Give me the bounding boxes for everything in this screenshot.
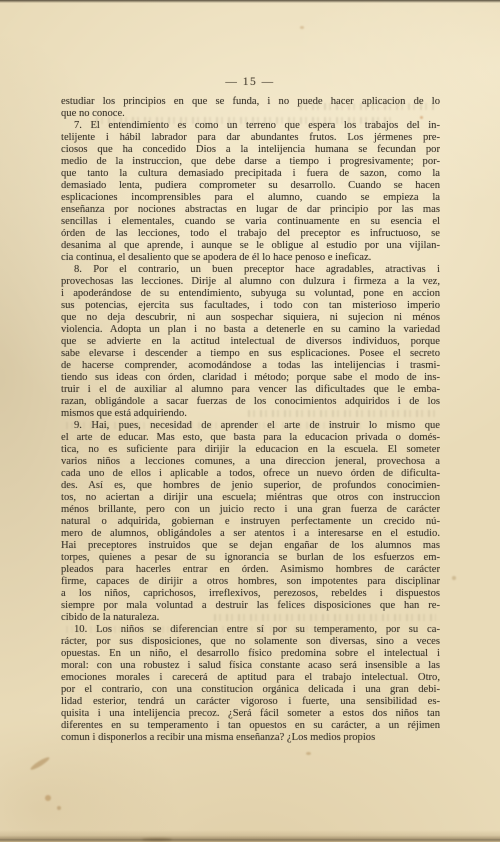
text-line: moral: con una robustez i salud física c… xyxy=(61,660,440,672)
text-line: des. Así es, que hombres de jenio superi… xyxy=(61,480,440,492)
foxing-spot xyxy=(29,756,50,772)
text-line: cada uno de ellos i aplicable a todos, o… xyxy=(61,468,440,480)
text-line: el arte de educar. Mas esto, que basta p… xyxy=(61,432,440,444)
paragraph: 7. El entendimiento es como un terreno q… xyxy=(61,120,440,264)
text-line: violencia. Adopta un plan i no basta a d… xyxy=(61,324,440,336)
text-line: lidad esterior, tendrá un carácter vigor… xyxy=(61,696,440,708)
text-line: truir i el de auxiliar al alumno para ve… xyxy=(61,384,440,396)
text-line: cia continua, el desaliento que se apode… xyxy=(61,252,440,264)
text-line: que no deja descubrir, ni aun sospechar … xyxy=(61,312,440,324)
paragraph: 9. Hai, pues, necesidad de aprender el a… xyxy=(61,420,440,624)
text-line: sabe elevarse i descender a tiempo en su… xyxy=(61,348,440,360)
text-line: pleados para hacerles entrar en órden. A… xyxy=(61,564,440,576)
text-line: tica, no es suficiente para dirijir la e… xyxy=(61,444,440,456)
foxing-spot xyxy=(57,806,61,810)
text-line: que tanto la cultura demasiado precipita… xyxy=(61,168,440,180)
bleedthrough-ghost xyxy=(248,410,436,417)
text-line: desanima al que aprende, i aunque se le … xyxy=(61,240,440,252)
text-line: ménos brillante, pero con un juicio rect… xyxy=(61,504,440,516)
page-bottom-edge xyxy=(0,830,500,842)
text-line: razan, obligándole a sacar fuerzas de lo… xyxy=(61,396,440,408)
text-line: mero de alumnos, obligándoles a ser aten… xyxy=(61,528,440,540)
text-line: tos, no aciertan a dirijir una escuela; … xyxy=(61,492,440,504)
text-line: por el contrario, con una constitucion o… xyxy=(61,684,440,696)
text-line: Hai preceptores instruidos que se dejan … xyxy=(61,540,440,552)
text-line: diferentes en su temperamento i tan opue… xyxy=(61,720,440,732)
text-line: tiendo sus ideas con órden, claridad i m… xyxy=(61,372,440,384)
text-line: emociones morales i carecerá de aptitud … xyxy=(61,672,440,684)
text-line: medio de la instruccion, que debe darse … xyxy=(61,156,440,168)
text-line: varios niños a lecciones comunes, a una … xyxy=(61,456,440,468)
text-line: torpes, quienes a pesar de su ignorancia… xyxy=(61,552,440,564)
text-line: sus potencias, ejercita sus facultades, … xyxy=(61,300,440,312)
text-line: demasiado lenta, pudiera comprometer su … xyxy=(61,180,440,192)
text-line: i apoderándose de su entendimiento, suby… xyxy=(61,288,440,300)
bleedthrough-ghost xyxy=(300,103,436,110)
bleedthrough-ghost xyxy=(66,422,366,429)
text-line: órden de las lecciones, todo el trabajo … xyxy=(61,228,440,240)
page-top-edge xyxy=(0,0,500,3)
text-line: 8. Por el contrario, un buen preceptor h… xyxy=(61,264,440,276)
text-line: siempre por mala voluntad a destruir las… xyxy=(61,600,440,612)
text-line: rácter, por sus disposiciones, que no so… xyxy=(61,636,440,648)
bleedthrough-ghost xyxy=(214,614,436,621)
bleedthrough-ghost xyxy=(96,117,396,124)
text-line: quisita i una intelijencia precoz. ¿Será… xyxy=(61,708,440,720)
text-line: esplicaciones incomprensibles para el al… xyxy=(61,192,440,204)
text-line: natural o adquirida, gobiernan e instruy… xyxy=(61,516,440,528)
text-line: ciosos que ha concedido Dios a la inteli… xyxy=(61,144,440,156)
text-line: firme, capaces de dirijir a otros hombre… xyxy=(61,576,440,588)
paragraph: 8. Por el contrario, un buen preceptor h… xyxy=(61,264,440,420)
text-line: sencillas i elementales, cuando se varia… xyxy=(61,216,440,228)
foxing-spot xyxy=(45,795,51,801)
paragraph: 10. Los niños se diferencian entre sí po… xyxy=(61,624,440,744)
foxing-spot xyxy=(300,26,304,29)
text-line: enseñanza por nociones abstractas en lug… xyxy=(61,204,440,216)
book-page-scan: — 15 — estudiar los principios en que se… xyxy=(0,0,500,842)
text-line: telijente i hábil labrador para dar abun… xyxy=(61,132,440,144)
foxing-spot xyxy=(420,116,423,119)
text-line: de hacerse comprender, acomodándose a to… xyxy=(61,360,440,372)
foxing-spot xyxy=(452,576,456,580)
text-line: a los niños, caprichosos, irreflexivos, … xyxy=(61,588,440,600)
bleedthrough-ghost xyxy=(66,626,346,633)
text-line: provechosas las lecciones. Dirije al alu… xyxy=(61,276,440,288)
page-text: estudiar los principios en que se funda,… xyxy=(61,96,440,744)
foxing-spot xyxy=(306,752,311,755)
text-line: opuestas. En un niño, el desarrollo físi… xyxy=(61,648,440,660)
text-line: comun i disponerlos a recibir una misma … xyxy=(61,732,440,744)
text-line: que se advierte en la actitud intelectua… xyxy=(61,336,440,348)
page-number: — 15 — xyxy=(0,76,500,88)
